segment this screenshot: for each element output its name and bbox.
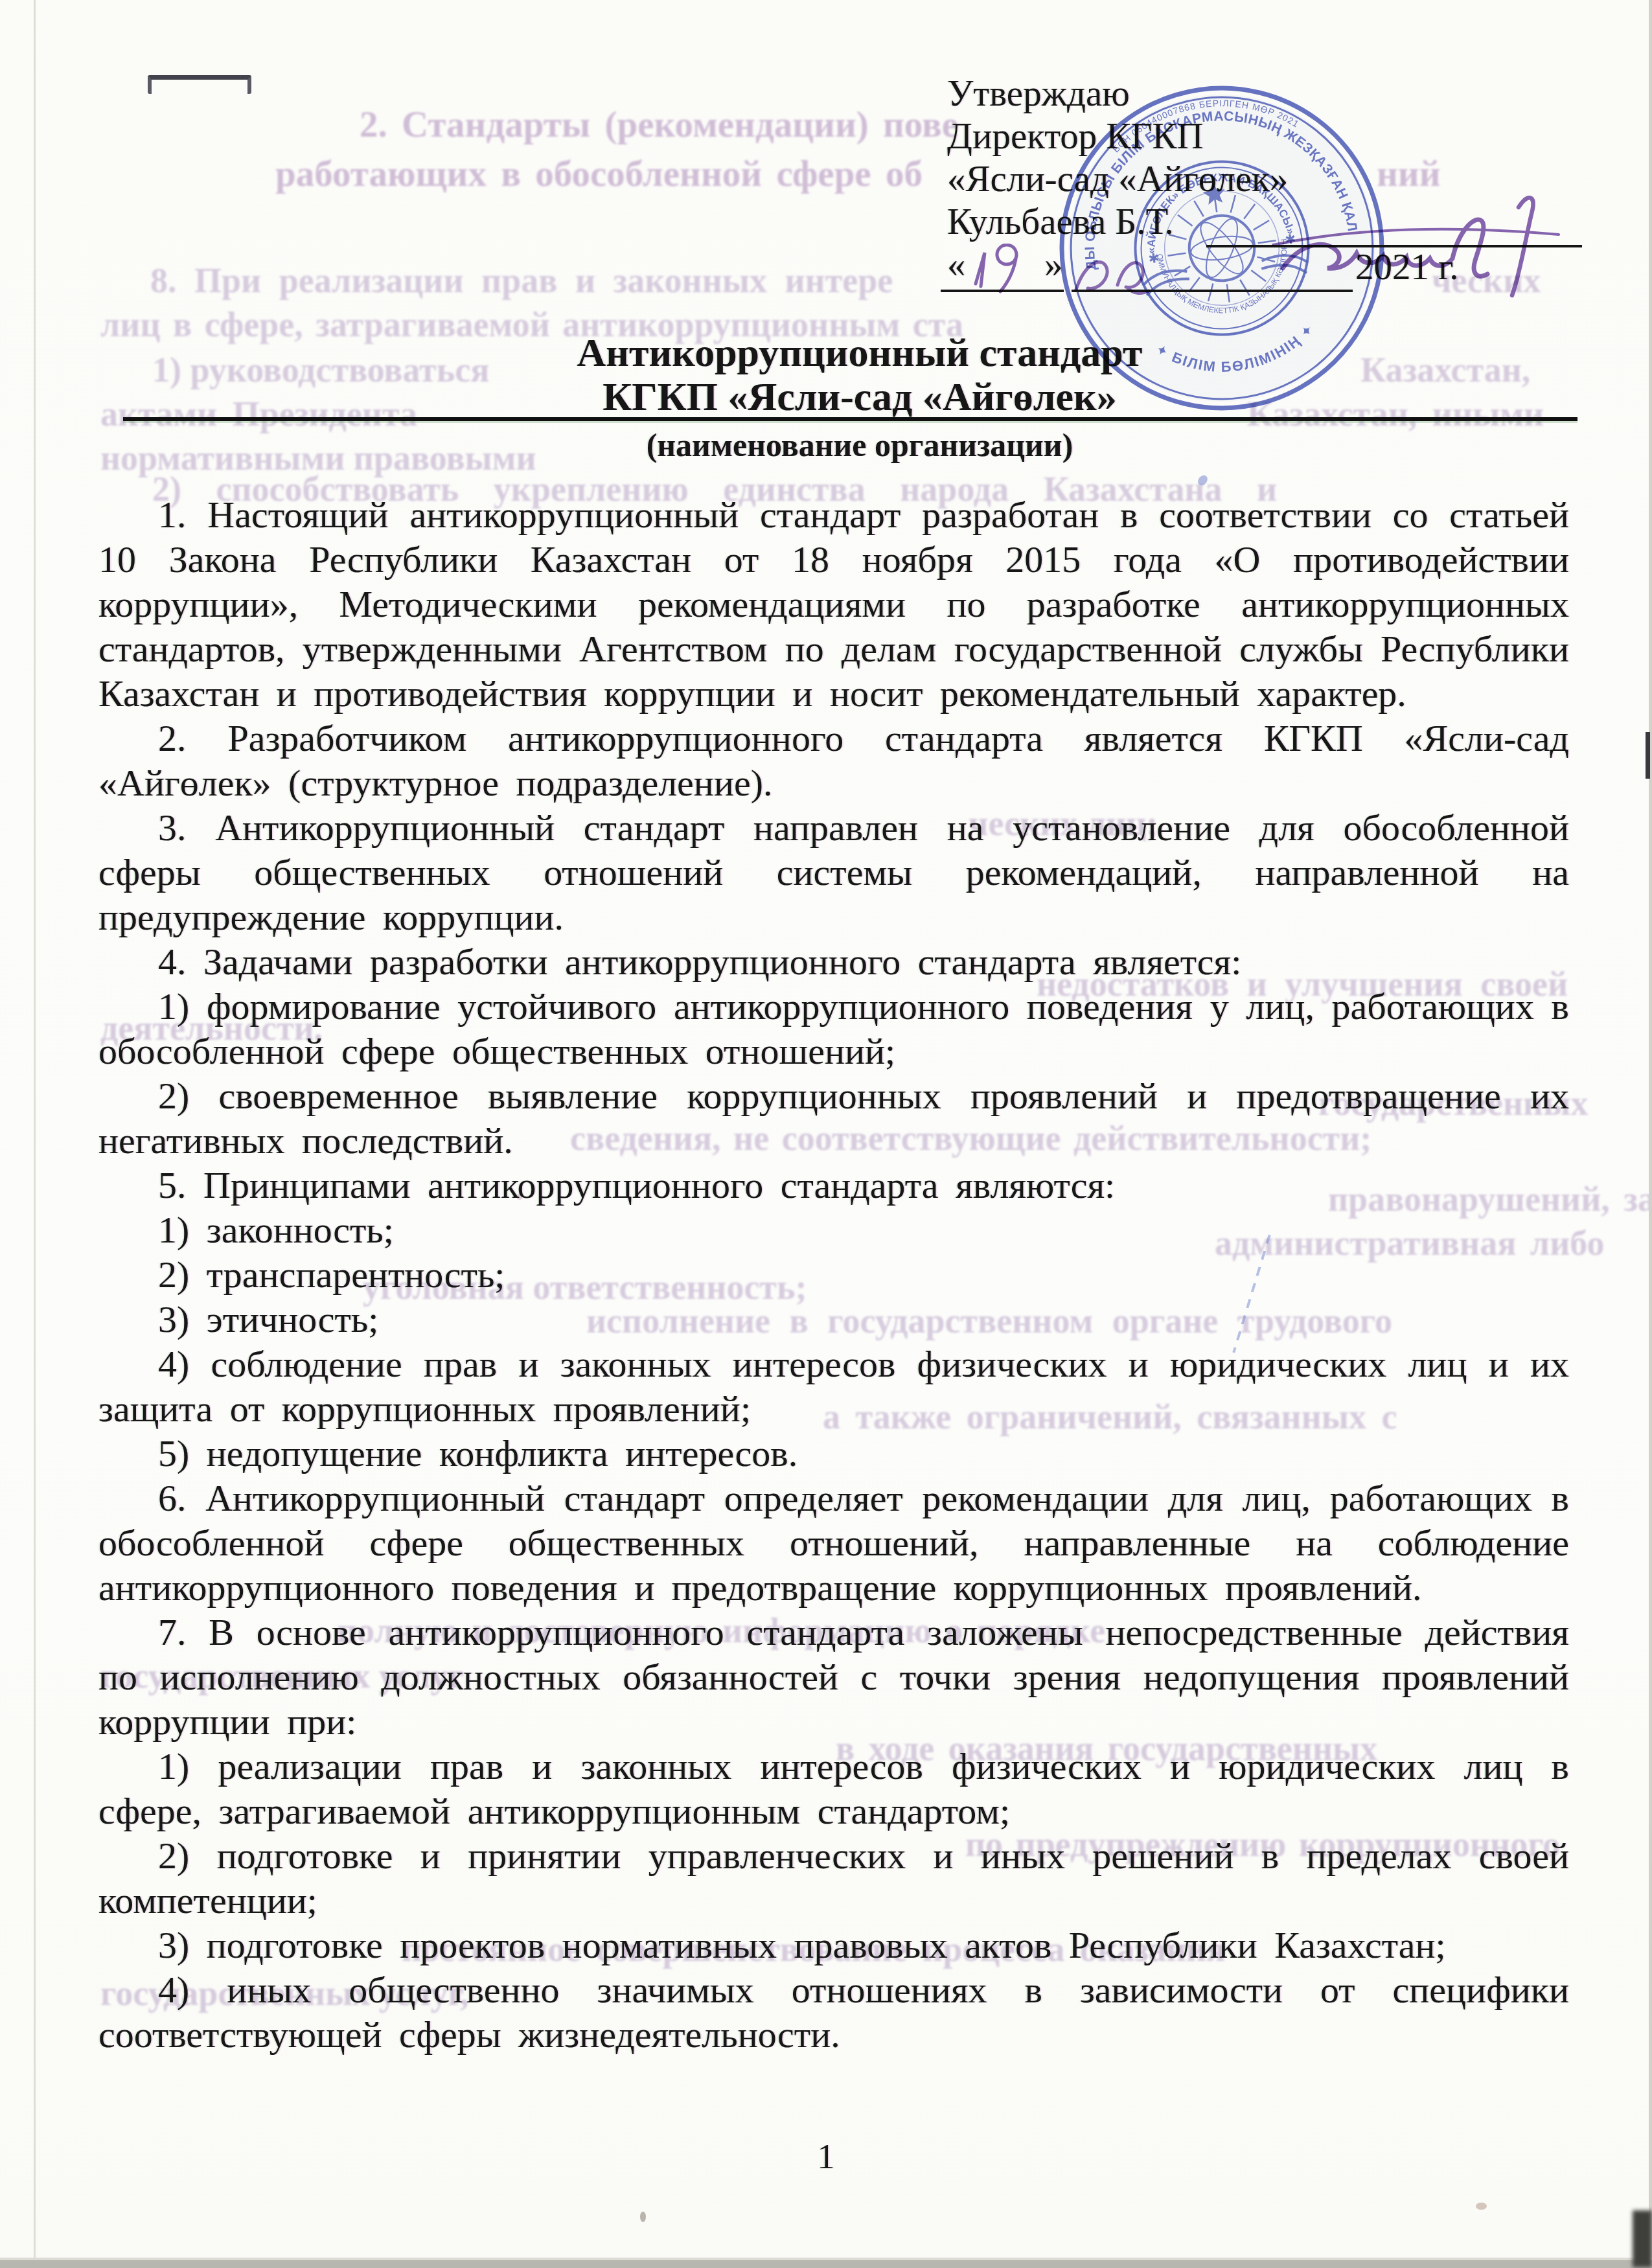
- title-rule: [123, 417, 1577, 421]
- paragraph: 1) законность;: [98, 1208, 1569, 1252]
- handwritten-day-value: 19: [967, 299, 968, 300]
- paragraph: 6. Антикоррупционный стандарт определяет…: [98, 1476, 1569, 1610]
- paragraph: 4) иных общественно значимых отношениях …: [98, 1967, 1569, 2057]
- paper-edge-bottom: [0, 2260, 1652, 2268]
- paragraph: 4. Задачами разработки антикоррупционног…: [98, 939, 1569, 984]
- paragraph: 3) подготовке проектов нормативных право…: [98, 1923, 1569, 1967]
- paragraph: 1) формирование устойчивого антикоррупци…: [98, 984, 1569, 1073]
- bleedthrough-text: 8. При реализации прав и законных интере: [150, 260, 893, 301]
- handwritten-month-value: 01: [1067, 303, 1068, 304]
- paper-speck: [1476, 2203, 1487, 2210]
- bleedthrough-text: 2. Стандарты (рекомендации) пове: [360, 104, 958, 146]
- body-paragraphs: 1. Настоящий антикоррупционный стандарт …: [98, 492, 1569, 2057]
- paper-speck: [640, 2212, 646, 2222]
- paragraph: 1) реализации прав и законных интересов …: [98, 1744, 1569, 1833]
- signature-autograph: [1270, 183, 1574, 315]
- date-quote-open: «: [947, 244, 966, 286]
- paragraph: 5) недопущение конфликта интересов.: [98, 1431, 1569, 1476]
- page-number: 1: [0, 2136, 1652, 2177]
- paragraph: 2. Разработчиком антикоррупционного стан…: [98, 716, 1569, 805]
- paragraph: 5. Принципами антикоррупционного стандар…: [98, 1163, 1569, 1208]
- paragraph: 2) подготовке и принятии управленческих …: [98, 1833, 1569, 1923]
- staple-mark: [148, 75, 251, 94]
- paper-edge-left: [34, 0, 36, 2268]
- handwritten-day: 19: [965, 244, 1043, 302]
- scan-edge-artifact: [1646, 732, 1650, 779]
- handwritten-month: 01: [1066, 248, 1156, 306]
- scanned-page: 2. Стандарты (рекомендации) повеработающ…: [0, 0, 1652, 2268]
- paragraph: 7. В основе антикоррупционного стандарта…: [98, 1610, 1569, 1744]
- scan-corner-artifact: [1633, 2210, 1652, 2267]
- paragraph: 4) соблюдение прав и законных интересов …: [98, 1342, 1569, 1431]
- paragraph: 1. Настоящий антикоррупционный стандарт …: [98, 492, 1569, 716]
- paragraph: 3. Антикоррупционный стандарт направлен …: [98, 805, 1569, 939]
- paragraph: 2) транспарентность;: [98, 1252, 1569, 1297]
- paper-edge-right: [1649, 0, 1652, 2268]
- title-caption: (наименование организации): [98, 426, 1569, 464]
- bleedthrough-text: работающих в обособленной сфере об: [275, 153, 923, 195]
- paragraph: 3) этичность;: [98, 1297, 1569, 1342]
- paragraph: 2) своевременное выявление коррупционных…: [98, 1073, 1569, 1163]
